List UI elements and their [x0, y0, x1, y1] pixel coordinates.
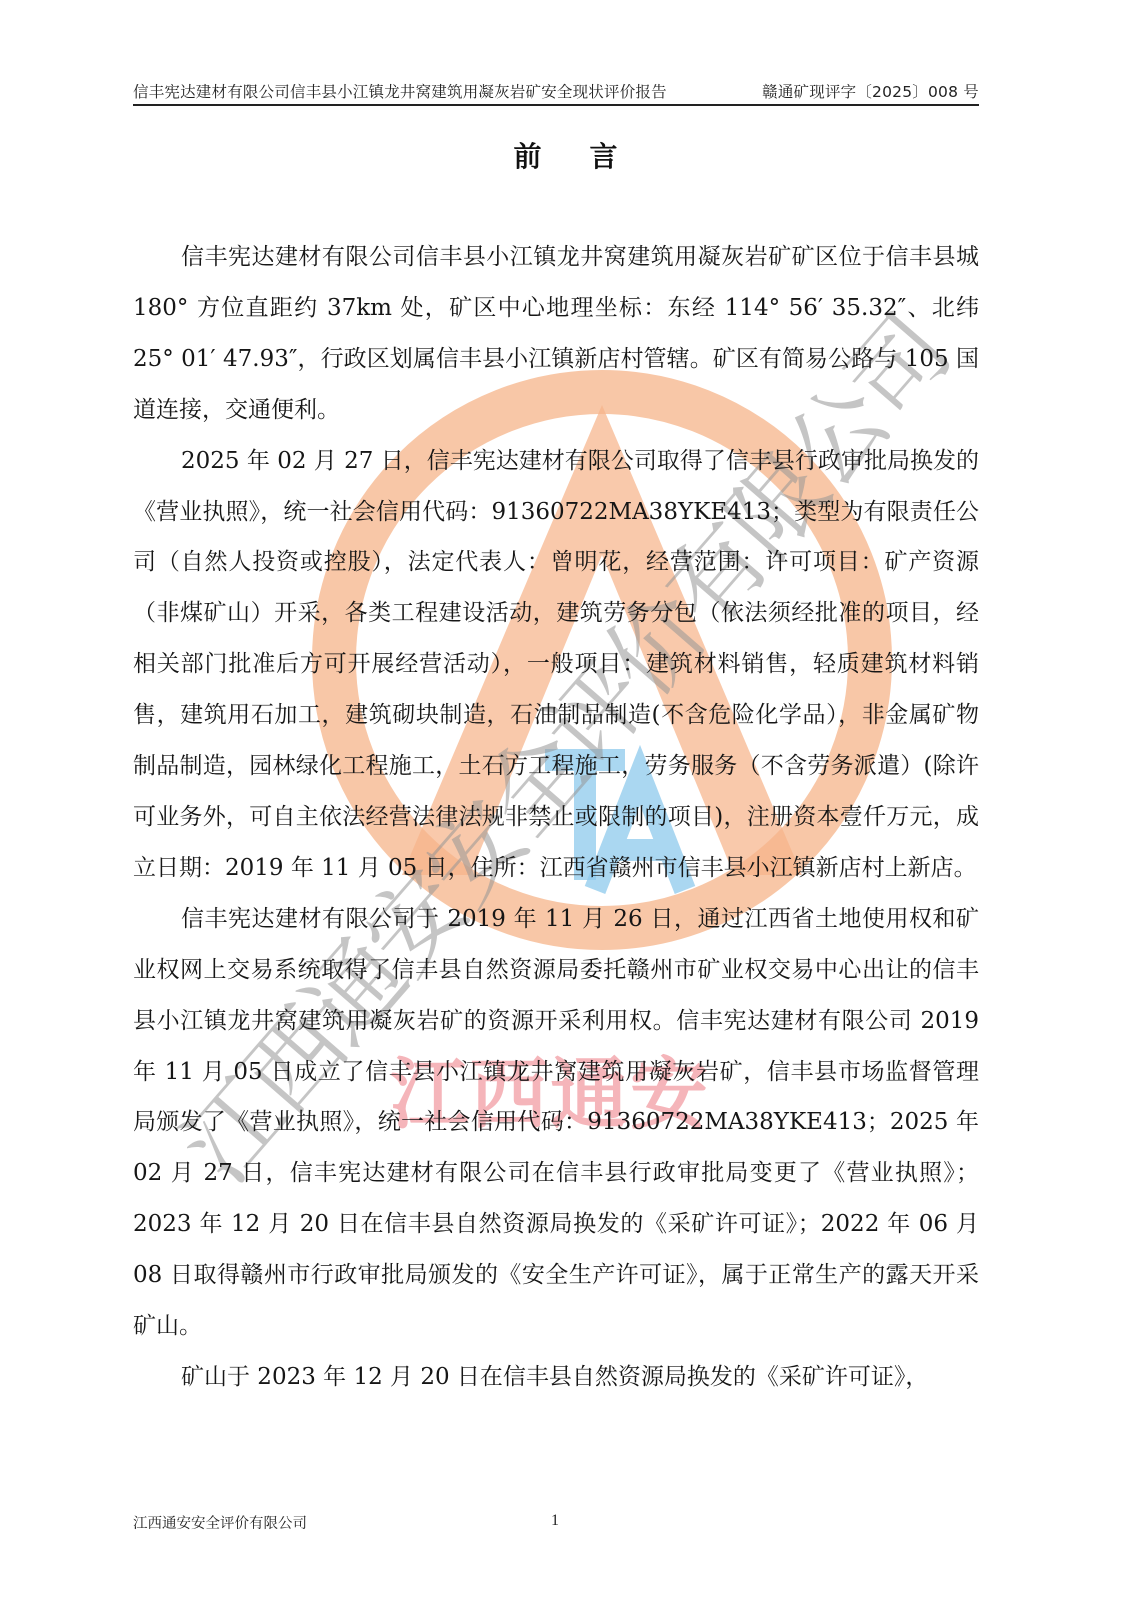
header-document-number: 赣通矿现评字〔2025〕008 号: [762, 80, 979, 102]
paragraph-mining-permit: 矿山于 2023 年 12 月 20 日在信丰县自然资源局换发的《采矿许可证》，: [133, 1352, 979, 1403]
page-number: 1: [551, 1512, 559, 1530]
header-divider: [133, 104, 979, 106]
preface-body: 信丰宪达建材有限公司信丰县小江镇龙井窝建筑用凝灰岩矿矿区位于信丰县城 180° …: [133, 232, 979, 1403]
document-page: 信丰宪达建材有限公司信丰县小江镇龙井窝建筑用凝灰岩矿安全现状评价报告 赣通矿现评…: [0, 0, 1131, 1600]
footer-company: 江西通安安全评价有限公司: [133, 1512, 307, 1533]
running-header: 信丰宪达建材有限公司信丰县小江镇龙井窝建筑用凝灰岩矿安全现状评价报告 赣通矿现评…: [133, 76, 979, 102]
paragraph-mining-rights: 信丰宪达建材有限公司于 2019 年 11 月 26 日，通过江西省土地使用权和…: [133, 894, 979, 1352]
header-report-title: 信丰宪达建材有限公司信丰县小江镇龙井窝建筑用凝灰岩矿安全现状评价报告: [133, 80, 667, 102]
paragraph-location: 信丰宪达建材有限公司信丰县小江镇龙井窝建筑用凝灰岩矿矿区位于信丰县城 180° …: [133, 232, 979, 436]
page-title: 前言: [0, 135, 1131, 175]
page-footer: 江西通安安全评价有限公司 1: [133, 1512, 979, 1536]
paragraph-business-license: 2025 年 02 月 27 日，信丰宪达建材有限公司取得了信丰县行政审批局换发…: [133, 436, 979, 894]
